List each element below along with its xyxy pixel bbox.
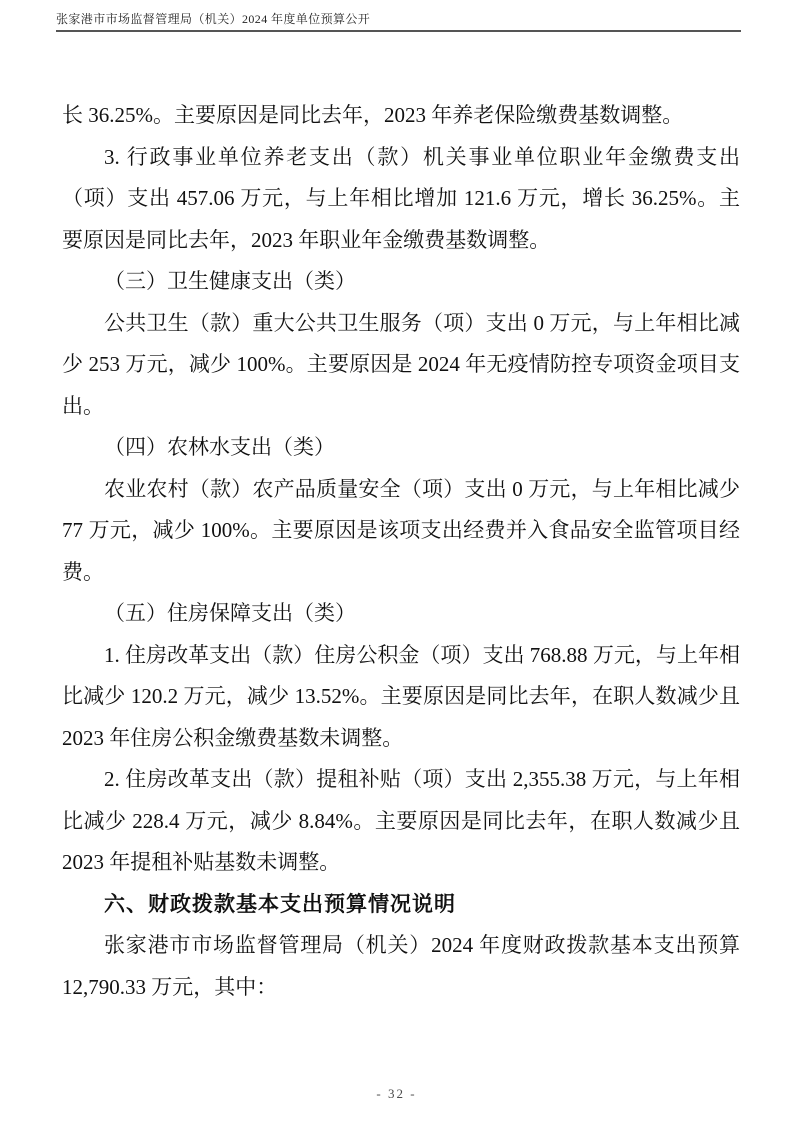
paragraph-public-health-expense: 公共卫生（款）重大公共卫生服务（项）支出 0 万元，与上年相比减少 253 万元… xyxy=(62,303,740,428)
paragraph-basic-expenditure-total: 张家港市市场监督管理局（机关）2024 年度财政拨款基本支出预算 12,790.… xyxy=(62,925,740,1008)
subsection-heading-agriculture-expense: （四）农林水支出（类） xyxy=(62,427,740,469)
paragraph-pension-base-continuation: 长 36.25%。主要原因是同比去年，2023 年养老保险缴费基数调整。 xyxy=(62,95,740,137)
page-number: - 32 - xyxy=(376,1086,416,1101)
paragraph-rent-subsidy: 2. 住房改革支出（款）提租补贴（项）支出 2,355.38 万元，与上年相比减… xyxy=(62,759,740,884)
page-footer: - 32 - xyxy=(0,1086,793,1102)
document-body: 长 36.25%。主要原因是同比去年，2023 年养老保险缴费基数调整。 3. … xyxy=(62,95,740,1008)
paragraph-housing-fund: 1. 住房改革支出（款）住房公积金（项）支出 768.88 万元，与上年相比减少… xyxy=(62,635,740,760)
paragraph-annuity-expense: 3. 行政事业单位养老支出（款）机关事业单位职业年金缴费支出（项）支出 457.… xyxy=(62,137,740,262)
header-title: 张家港市市场监督管理局（机关）2024 年度单位预算公开 xyxy=(56,11,741,27)
page-header: 张家港市市场监督管理局（机关）2024 年度单位预算公开 xyxy=(56,11,741,32)
paragraph-agriculture-product-safety: 农业农村（款）农产品质量安全（项）支出 0 万元，与上年相比减少 77 万元，减… xyxy=(62,469,740,594)
document-page: 张家港市市场监督管理局（机关）2024 年度单位预算公开 长 36.25%。主要… xyxy=(0,0,793,1122)
subsection-heading-housing-expense: （五）住房保障支出（类） xyxy=(62,593,740,635)
subsection-heading-health-expense: （三）卫生健康支出（类） xyxy=(62,261,740,303)
header-divider-line xyxy=(56,30,741,32)
section-heading-basic-expenditure-budget: 六、财政拨款基本支出预算情况说明 xyxy=(62,884,740,926)
